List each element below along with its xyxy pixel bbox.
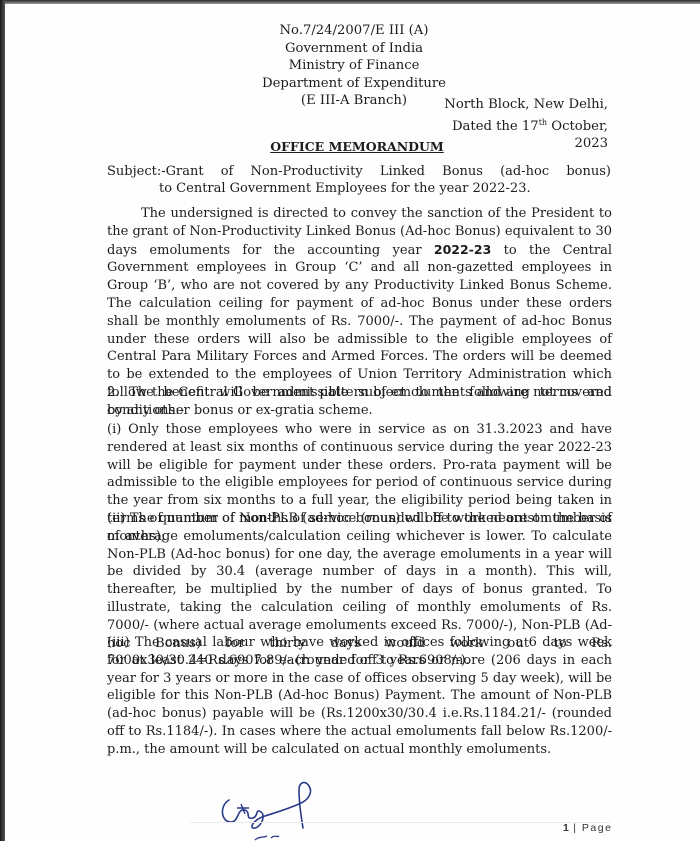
department-name: Department of Expenditure	[0, 75, 700, 93]
ministry-name: Ministry of Finance	[0, 57, 700, 75]
memo-title: OFFICE MEMORANDUM	[0, 139, 700, 154]
subject-line-2: to Central Government Employees for the …	[107, 180, 611, 197]
page-number: 1 | Page	[563, 822, 612, 834]
signature-icon	[215, 778, 335, 841]
window-left-edge	[0, 0, 5, 841]
accounting-year: 2022-23	[434, 242, 491, 257]
condition-iii: (iii) The casual labour who have worked …	[107, 634, 612, 759]
file-number: No.7/24/2007/E III (A)	[0, 22, 700, 40]
paragraph-2: 2. The benefit will be admissible subjec…	[107, 384, 612, 420]
place: North Block, New Delhi,	[440, 96, 608, 114]
government-name: Government of India	[0, 40, 700, 58]
subject: Subject:-Grant of Non-Productivity Linke…	[107, 163, 611, 197]
footer-rule	[190, 822, 610, 823]
subject-line-1: Subject:-Grant of Non-Productivity Linke…	[107, 163, 611, 180]
